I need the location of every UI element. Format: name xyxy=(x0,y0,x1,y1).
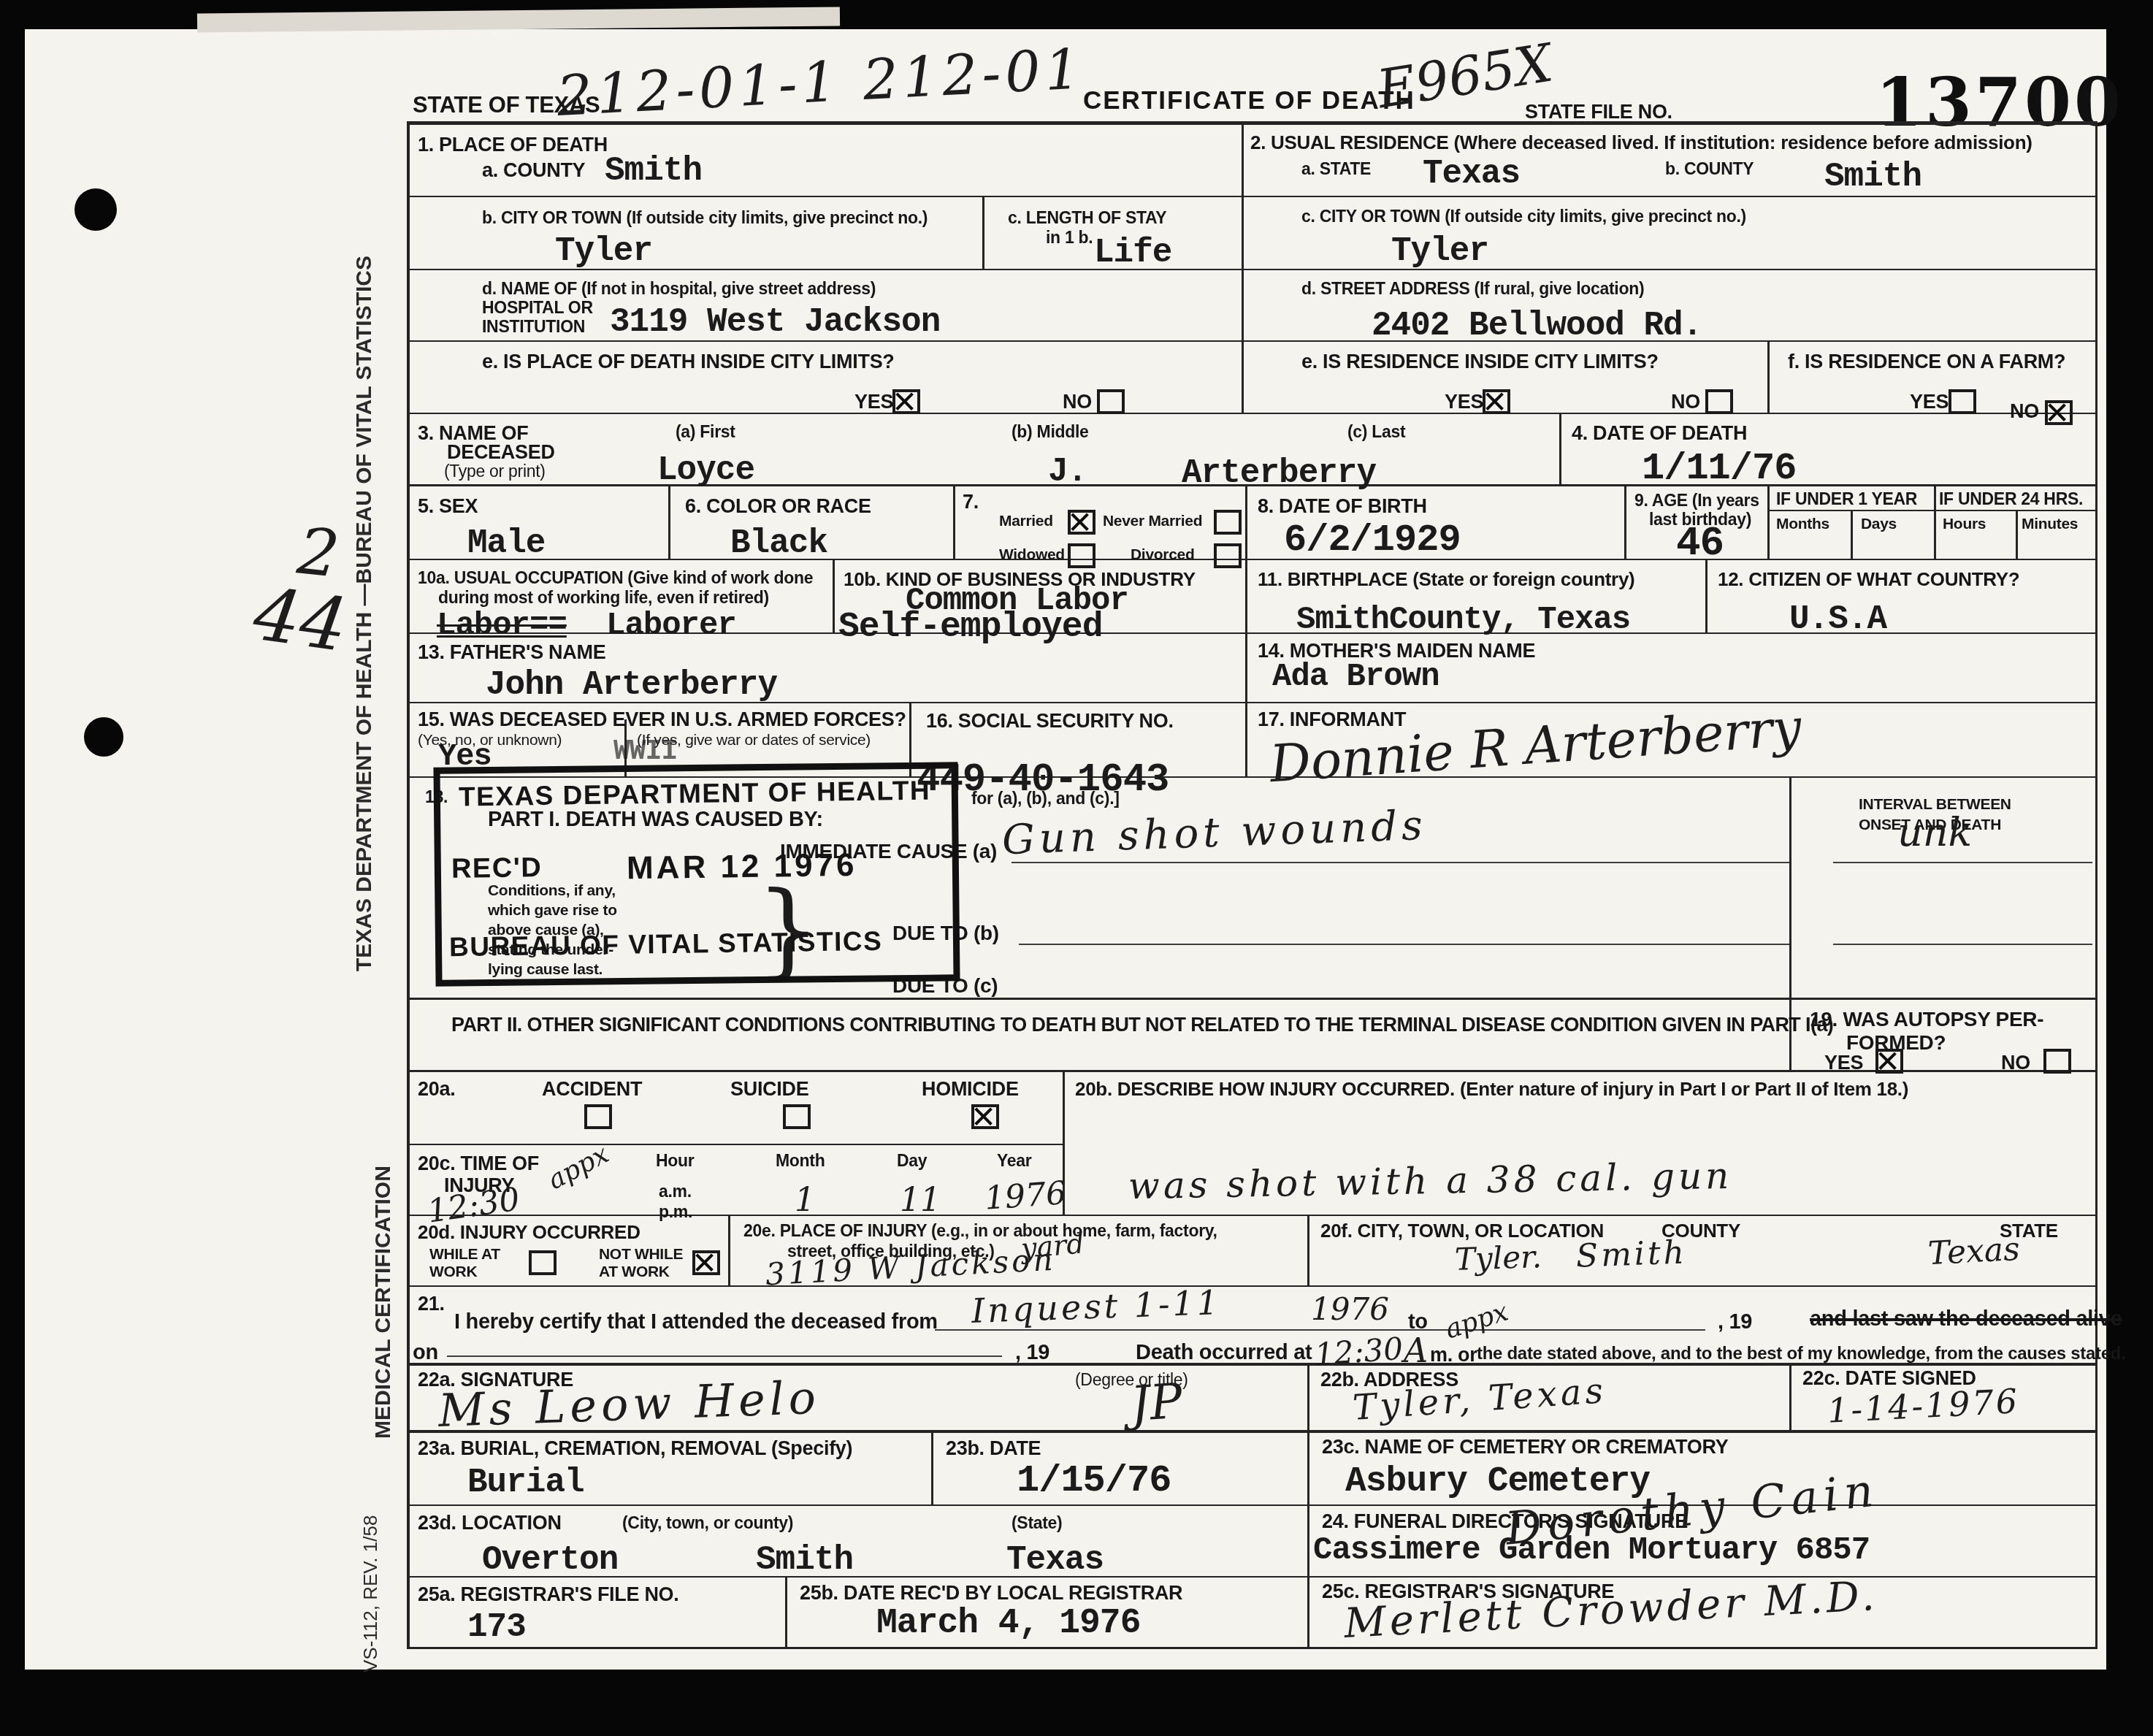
line xyxy=(1833,862,2092,863)
scanned-death-certificate: { "header": { "state_label": "STATE OF T… xyxy=(0,0,2153,1736)
field-2f-label: f. IS RESIDENCE ON A FARM? xyxy=(1788,351,2065,373)
field-21-struck-text: and last saw the deceased alive xyxy=(1810,1307,2122,1331)
field-20a-homicide-checkbox xyxy=(971,1104,999,1129)
line xyxy=(407,121,410,1649)
field-12-label: 12. CITIZEN OF WHAT COUNTRY? xyxy=(1718,568,2019,591)
line xyxy=(1789,1363,1791,1430)
field-20c-year-label: Year xyxy=(997,1151,1031,1171)
field-16-label: 16. SOCIAL SECURITY NO. xyxy=(926,710,1174,733)
field-21-death-occurred-label: Death occurred at xyxy=(1136,1341,1312,1365)
field-9-minutes-label: Minutes xyxy=(2022,516,2078,533)
field-1c-label-2: in 1 b. xyxy=(1046,228,1093,248)
line xyxy=(1767,340,1770,413)
field-15-label: 15. WAS DECEASED EVER IN U.S. ARMED FORC… xyxy=(418,708,906,731)
field-20d-not-while-1: NOT WHILE xyxy=(599,1246,683,1263)
field-19-label-1: 19. WAS AUTOPSY PER- xyxy=(1810,1008,2043,1031)
field-1-title: 1. PLACE OF DEATH xyxy=(418,134,608,156)
field-13-value: John Arterberry xyxy=(486,666,777,704)
field-20a-suicide-label: SUICIDE xyxy=(730,1078,808,1101)
line xyxy=(1851,510,1853,559)
certificate-title: CERTIFICATE OF DEATH xyxy=(1083,86,1415,115)
line xyxy=(1307,1363,1309,1430)
line xyxy=(1307,1576,1309,1647)
field-2f-no-checkbox xyxy=(2045,400,2073,425)
state-file-number: 13700 xyxy=(1875,63,2124,142)
field-6-label: 6. COLOR OR RACE xyxy=(685,495,871,518)
field-25a-value: 173 xyxy=(467,1608,526,1646)
field-1d-label-2: HOSPITAL OR xyxy=(482,298,593,318)
field-10a-value: Laborer xyxy=(606,608,736,644)
field-7-never-married-label: Never Married xyxy=(1103,513,1202,530)
line xyxy=(1307,1215,1309,1285)
line xyxy=(1012,862,1789,863)
field-21-19-a: , 19 xyxy=(1718,1310,1752,1334)
field-14-value: Ada Brown xyxy=(1272,659,1439,695)
field-23b-value: 1/15/76 xyxy=(1017,1459,1171,1502)
field-21-19-b: , 19 xyxy=(1015,1341,1049,1365)
field-3c-label: (c) Last xyxy=(1347,422,1405,442)
field-18-part2-label: PART II. OTHER SIGNIFICANT CONDITIONS CO… xyxy=(451,1014,1833,1036)
line xyxy=(447,1355,1002,1357)
field-1c-label-1: c. LENGTH OF STAY xyxy=(1008,208,1166,228)
field-6-value: Black xyxy=(730,524,827,562)
field-25a-label: 25a. REGISTRAR'S FILE NO. xyxy=(418,1583,679,1606)
field-19-no-label: NO xyxy=(2001,1052,2030,1074)
field-1e-no-checkbox xyxy=(1097,389,1125,414)
field-11-label: 11. BIRTHPLACE (State or foreign country… xyxy=(1258,568,1634,591)
field-9-days-label: Days xyxy=(1861,516,1897,533)
field-5-value: Male xyxy=(467,524,545,562)
line xyxy=(1559,413,1561,484)
field-23d-value-state: Texas xyxy=(1006,1541,1104,1579)
field-2e-no-label: NO xyxy=(1671,391,1700,413)
field-4-value: 1/11/76 xyxy=(1642,447,1796,490)
field-23d-state-label: (State) xyxy=(1012,1513,1062,1533)
field-7-married-checkbox xyxy=(1068,510,1095,535)
stamp-date: MAR 12 1976 xyxy=(627,847,857,887)
field-19-no-checkbox xyxy=(2043,1049,2071,1074)
line xyxy=(407,269,2097,270)
field-11-value: SmithCounty, Texas xyxy=(1296,602,1630,638)
line xyxy=(982,196,984,269)
field-21-tail-text: the date stated above, and to the best o… xyxy=(1477,1344,2126,1364)
line xyxy=(407,1285,2097,1287)
line xyxy=(2016,510,2018,559)
field-2-title: 2. USUAL RESIDENCE (Where deceased lived… xyxy=(1250,131,2032,154)
field-2d-value: 2402 Bellwood Rd. xyxy=(1372,307,1702,345)
field-7-label: 7. xyxy=(963,491,979,513)
field-10b-value-2: Self-employed xyxy=(838,608,1102,647)
field-2d-label: d. STREET ADDRESS (If rural, give locati… xyxy=(1301,279,1644,299)
stamp-recd: REC'D xyxy=(451,852,543,885)
state-file-no-label: STATE FILE NO. xyxy=(1525,101,1672,123)
line xyxy=(407,121,2097,125)
field-23d-value-county: Smith xyxy=(756,1541,853,1579)
field-1e-yes-checkbox xyxy=(892,389,920,414)
field-20f-county-handwriting: Smith xyxy=(1575,1234,1688,1274)
field-9-value: 46 xyxy=(1676,520,1724,567)
field-3b-value: J. xyxy=(1048,453,1087,491)
field-23b-label: 23b. DATE xyxy=(946,1437,1041,1460)
field-20a-accident-checkbox xyxy=(584,1104,612,1129)
field-15-value-2: WWII xyxy=(613,736,677,768)
field-20c-label-1: 20c. TIME OF xyxy=(418,1152,539,1175)
field-2e-label: e. IS RESIDENCE INSIDE CITY LIMITS? xyxy=(1301,351,1659,373)
field-1a-value: Smith xyxy=(605,152,702,190)
line xyxy=(1767,484,1770,559)
margin-handwriting-44: 44 xyxy=(248,571,352,669)
field-20a-homicide-label: HOMICIDE xyxy=(922,1078,1019,1101)
hole-punch-bottom xyxy=(84,717,123,757)
field-1d-value: 3119 West Jackson xyxy=(610,303,940,341)
field-20d-not-while-2: AT WORK xyxy=(599,1263,670,1281)
field-10a-label-1: 10a. USUAL OCCUPATION (Give kind of work… xyxy=(418,568,813,588)
field-1d-label-1: d. NAME OF (If not in hospital, give str… xyxy=(482,279,876,299)
field-18-tail: for (a), (b), and (c).] xyxy=(971,789,1120,808)
field-9-label-1: 9. AGE (In years xyxy=(1634,491,1759,511)
line xyxy=(407,559,2097,560)
line xyxy=(953,484,955,559)
field-20a-label: 20a. xyxy=(418,1078,455,1101)
line xyxy=(1245,559,1247,632)
field-20a-accident-label: ACCIDENT xyxy=(542,1078,642,1101)
field-20a-suicide-checkbox xyxy=(783,1104,811,1129)
field-12-value: U.S.A xyxy=(1789,600,1886,638)
line xyxy=(1019,944,1789,945)
field-20c-day-handwriting: 11 xyxy=(900,1182,941,1219)
line xyxy=(1307,1430,1309,1504)
field-3-title-2: DECEASED xyxy=(447,441,555,464)
line xyxy=(1245,632,1247,702)
line xyxy=(1242,121,1244,413)
field-23d-label: 23d. LOCATION xyxy=(418,1512,562,1534)
field-2f-no-label: NO xyxy=(2010,400,2039,423)
field-7-never-married-checkbox xyxy=(1214,510,1242,535)
field-20d-not-while-checkbox xyxy=(692,1250,720,1275)
field-1e-label: e. IS PLACE OF DEATH INSIDE CITY LIMITS? xyxy=(482,351,895,373)
field-9-under-24-hrs-label: IF UNDER 24 HRS. xyxy=(1939,489,2083,509)
field-1c-value: Life xyxy=(1094,234,1171,272)
side-dept-text: TEXAS DEPARTMENT OF HEALTH —BUREAU OF VI… xyxy=(352,219,377,971)
field-2a-label: a. STATE xyxy=(1301,159,1371,179)
field-2c-label: c. CITY OR TOWN (If outside city limits,… xyxy=(1301,207,1746,226)
field-8-value: 6/2/1929 xyxy=(1284,519,1461,562)
field-21-number: 21. xyxy=(418,1293,445,1315)
line xyxy=(407,1647,2097,1649)
field-1e-no-label: NO xyxy=(1063,391,1092,413)
line xyxy=(833,559,835,632)
field-21-m-or-label: m. or xyxy=(1430,1344,1477,1366)
field-21-certify-text: I hereby certify that I attended the dec… xyxy=(454,1310,938,1334)
field-23d-city-label: (City, town, or county) xyxy=(622,1513,793,1533)
field-9-hours-label: Hours xyxy=(1943,516,1986,533)
field-2b-value: Smith xyxy=(1824,158,1921,196)
field-23a-label: 23a. BURIAL, CREMATION, REMOVAL (Specify… xyxy=(418,1437,852,1460)
field-20c-month-label: Month xyxy=(776,1151,825,1171)
field-25b-label: 25b. DATE REC'D BY LOCAL REGISTRAR xyxy=(800,1582,1182,1605)
field-3-title-3: (Type or print) xyxy=(444,462,546,481)
field-7-widowed-label: Widowed xyxy=(999,546,1065,564)
field-7-divorced-label: Divorced xyxy=(1131,546,1194,564)
field-5-label: 5. SEX xyxy=(418,495,478,518)
field-7-married-label: Married xyxy=(999,513,1053,530)
line xyxy=(1934,484,1936,559)
line xyxy=(931,1430,933,1504)
field-1b-value: Tyler xyxy=(555,232,652,270)
field-1a-label: a. COUNTY xyxy=(482,159,585,182)
interval-value: unk xyxy=(1897,809,1972,855)
stamp-bureau-line: BUREAU OF VITAL STATISTICS xyxy=(449,926,883,963)
field-9-under-1-year-label: IF UNDER 1 YEAR xyxy=(1776,489,1917,509)
side-form-number: VS-112, REV. 1/58 xyxy=(359,1501,382,1672)
field-10a-struck-value: Labor== xyxy=(437,608,567,644)
field-13-label: 13. FATHER'S NAME xyxy=(418,641,605,664)
line xyxy=(1245,702,1247,776)
field-20d-while-checkbox xyxy=(529,1250,557,1275)
field-21-year-handwriting: 1976 xyxy=(1311,1291,1389,1327)
field-22a-degree-value: JP xyxy=(1128,1373,1184,1433)
field-2a-value: Texas xyxy=(1423,155,1520,193)
field-20d-while-1: WHILE AT xyxy=(429,1246,500,1263)
field-20b-label: 20b. DESCRIBE HOW INJURY OCCURRED. (Ente… xyxy=(1075,1078,1908,1101)
field-2b-label: b. COUNTY xyxy=(1665,159,1754,179)
field-19-yes-checkbox xyxy=(1875,1049,1903,1074)
line xyxy=(785,1576,787,1647)
hole-punch-top xyxy=(74,188,117,231)
field-8-label: 8. DATE OF BIRTH xyxy=(1258,495,1427,518)
line xyxy=(407,1144,1063,1145)
field-4-label: 4. DATE OF DEATH xyxy=(1572,422,1747,445)
line xyxy=(2095,121,2097,1649)
line xyxy=(407,413,2097,414)
field-20f-city-handwriting: Tyler. xyxy=(1454,1239,1542,1277)
field-3a-label: (a) First xyxy=(676,422,735,442)
line xyxy=(935,1329,1705,1331)
field-3a-value: Loyce xyxy=(657,451,754,489)
line xyxy=(1245,484,1247,559)
field-10a-label-2: during most of working life, even if ret… xyxy=(438,588,769,608)
line xyxy=(668,484,670,559)
field-2f-yes-checkbox xyxy=(1949,389,1976,414)
field-7-divorced-checkbox xyxy=(1214,543,1242,568)
field-23a-value: Burial xyxy=(467,1464,584,1502)
field-1d-label-3: INSTITUTION xyxy=(482,317,585,337)
field-20f-label: 20f. CITY, TOWN, OR LOCATION xyxy=(1320,1220,1604,1242)
field-20c-year-handwriting: 1976 xyxy=(983,1174,1067,1217)
field-21-time-handwriting: 12:30 xyxy=(1313,1331,1404,1372)
side-medical-certification-text: MEDICAL CERTIFICATION xyxy=(371,1019,396,1439)
field-20f-state-handwriting: Texas xyxy=(1927,1231,2021,1273)
field-20c-am-label: a.m. xyxy=(659,1182,692,1201)
field-23d-value-city: Overton xyxy=(482,1541,618,1579)
line xyxy=(407,1430,2097,1433)
field-2e-yes-label: YES xyxy=(1445,391,1483,413)
field-19-yes-label: YES xyxy=(1824,1052,1863,1074)
field-2e-no-checkbox xyxy=(1705,389,1733,414)
field-20c-pm-label: p.m. xyxy=(659,1202,692,1222)
line xyxy=(407,196,2097,197)
field-2e-yes-checkbox xyxy=(1483,389,1510,414)
field-21-a-handwriting: A xyxy=(1404,1331,1428,1370)
field-20c-day-label: Day xyxy=(897,1151,927,1171)
field-25b-value: March 4, 1976 xyxy=(876,1604,1140,1643)
line xyxy=(1833,944,2092,945)
field-20c-hour-label: Hour xyxy=(656,1151,694,1171)
field-21-on-label: on xyxy=(413,1341,438,1365)
line xyxy=(1767,510,2097,511)
field-3b-label: (b) Middle xyxy=(1012,422,1089,442)
field-2f-yes-label: YES xyxy=(1910,391,1949,413)
field-1e-yes-label: YES xyxy=(854,391,893,413)
line xyxy=(1307,1504,1309,1576)
field-20c-month-handwriting: 1 xyxy=(795,1182,815,1219)
field-20d-label: 20d. INJURY OCCURRED xyxy=(418,1221,640,1244)
field-2c-value: Tyler xyxy=(1391,232,1488,270)
field-7-widowed-checkbox xyxy=(1068,543,1095,568)
field-9-months-label: Months xyxy=(1776,516,1829,533)
field-3c-value: Arterberry xyxy=(1182,454,1376,492)
field-1b-label: b. CITY OR TOWN (If outside city limits,… xyxy=(482,208,928,228)
line xyxy=(407,998,2097,1000)
field-23c-label: 23c. NAME OF CEMETERY OR CREMATORY xyxy=(1322,1436,1728,1458)
line xyxy=(728,1215,730,1285)
line xyxy=(1624,484,1626,559)
line xyxy=(1705,559,1708,632)
field-20e-label-1: 20e. PLACE OF INJURY (e.g., in or about … xyxy=(743,1221,1217,1241)
field-20d-while-2: WORK xyxy=(429,1263,477,1281)
